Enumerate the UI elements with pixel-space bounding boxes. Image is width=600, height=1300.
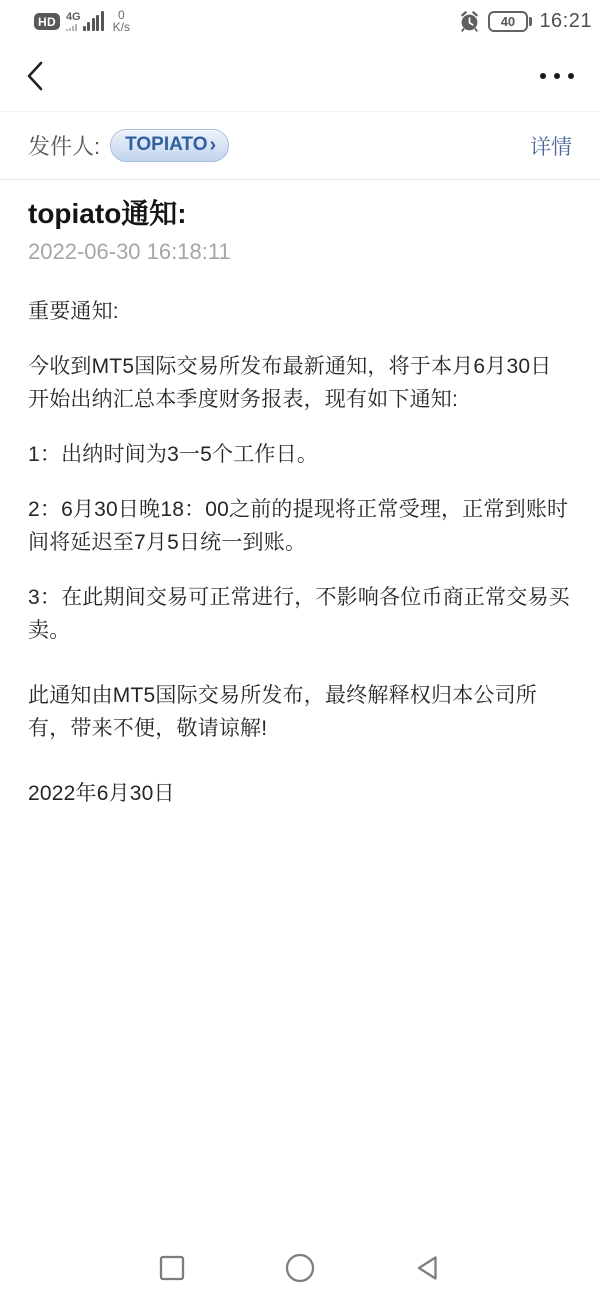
alarm-icon — [458, 10, 481, 33]
toolbar — [0, 40, 600, 112]
more-options-icon — [540, 73, 546, 79]
back-button[interactable] — [24, 59, 46, 93]
speed-unit: K/s — [113, 21, 130, 33]
hd-icon: HD — [34, 13, 60, 30]
sender-chip[interactable]: TOPIATO › — [110, 129, 229, 162]
body-paragraph: 重要通知: — [28, 295, 572, 328]
body-paragraph: 2：6月30日晚18：00之前的提现将正常受理，正常到账时间将延迟至7月5日统一… — [28, 493, 572, 559]
mini-signal-icon — [66, 24, 77, 31]
home-button[interactable] — [285, 1253, 315, 1283]
battery-icon: 40 — [488, 11, 533, 32]
battery-level: 40 — [501, 15, 515, 28]
status-bar: HD 4G 0 K/s 40 16:21 — [0, 0, 600, 40]
email-datetime: 2022-06-30 16:18:11 — [28, 239, 572, 265]
body-paragraph: 此通知由MT5国际交易所发布，最终解释权归本公司所有，带来不便，敬请谅解! — [28, 679, 572, 745]
body-paragraph: 3：在此期间交易可正常进行，不影响各位币商正常交易买卖。 — [28, 581, 572, 647]
subject-block: topiato通知: 2022-06-30 16:18:11 — [0, 180, 600, 273]
back-nav-button[interactable] — [414, 1254, 442, 1282]
network-type-label: 4G — [66, 12, 81, 23]
sender-label: 发件人: — [28, 130, 100, 161]
more-options-button[interactable] — [538, 67, 576, 85]
body-paragraph: 今收到MT5国际交易所发布最新通知，将于本月6月30日开始出纳汇总本季度财务报表… — [28, 350, 572, 416]
android-nav-bar — [0, 1236, 600, 1300]
recents-icon — [158, 1254, 186, 1282]
details-link[interactable]: 详情 — [530, 131, 572, 161]
signal-strength-icon — [83, 11, 104, 31]
network-indicator: 4G — [66, 12, 81, 31]
email-body: 重要通知: 今收到MT5国际交易所发布最新通知，将于本月6月30日开始出纳汇总本… — [0, 273, 600, 810]
body-signature-date: 2022年6月30日 — [28, 777, 572, 810]
chevron-right-icon: › — [209, 135, 216, 155]
home-icon — [285, 1253, 315, 1283]
network-speed: 0 K/s — [113, 9, 130, 33]
body-paragraph: 1：出纳时间为3一5个工作日。 — [28, 438, 572, 471]
sender-row: 发件人: TOPIATO › 详情 — [0, 112, 600, 180]
sender-name: TOPIATO — [125, 134, 207, 156]
email-subject: topiato通知: — [28, 197, 572, 231]
back-icon — [24, 59, 46, 93]
recents-button[interactable] — [158, 1254, 186, 1282]
clock-time: 16:21 — [539, 10, 592, 33]
back-triangle-icon — [414, 1254, 442, 1282]
